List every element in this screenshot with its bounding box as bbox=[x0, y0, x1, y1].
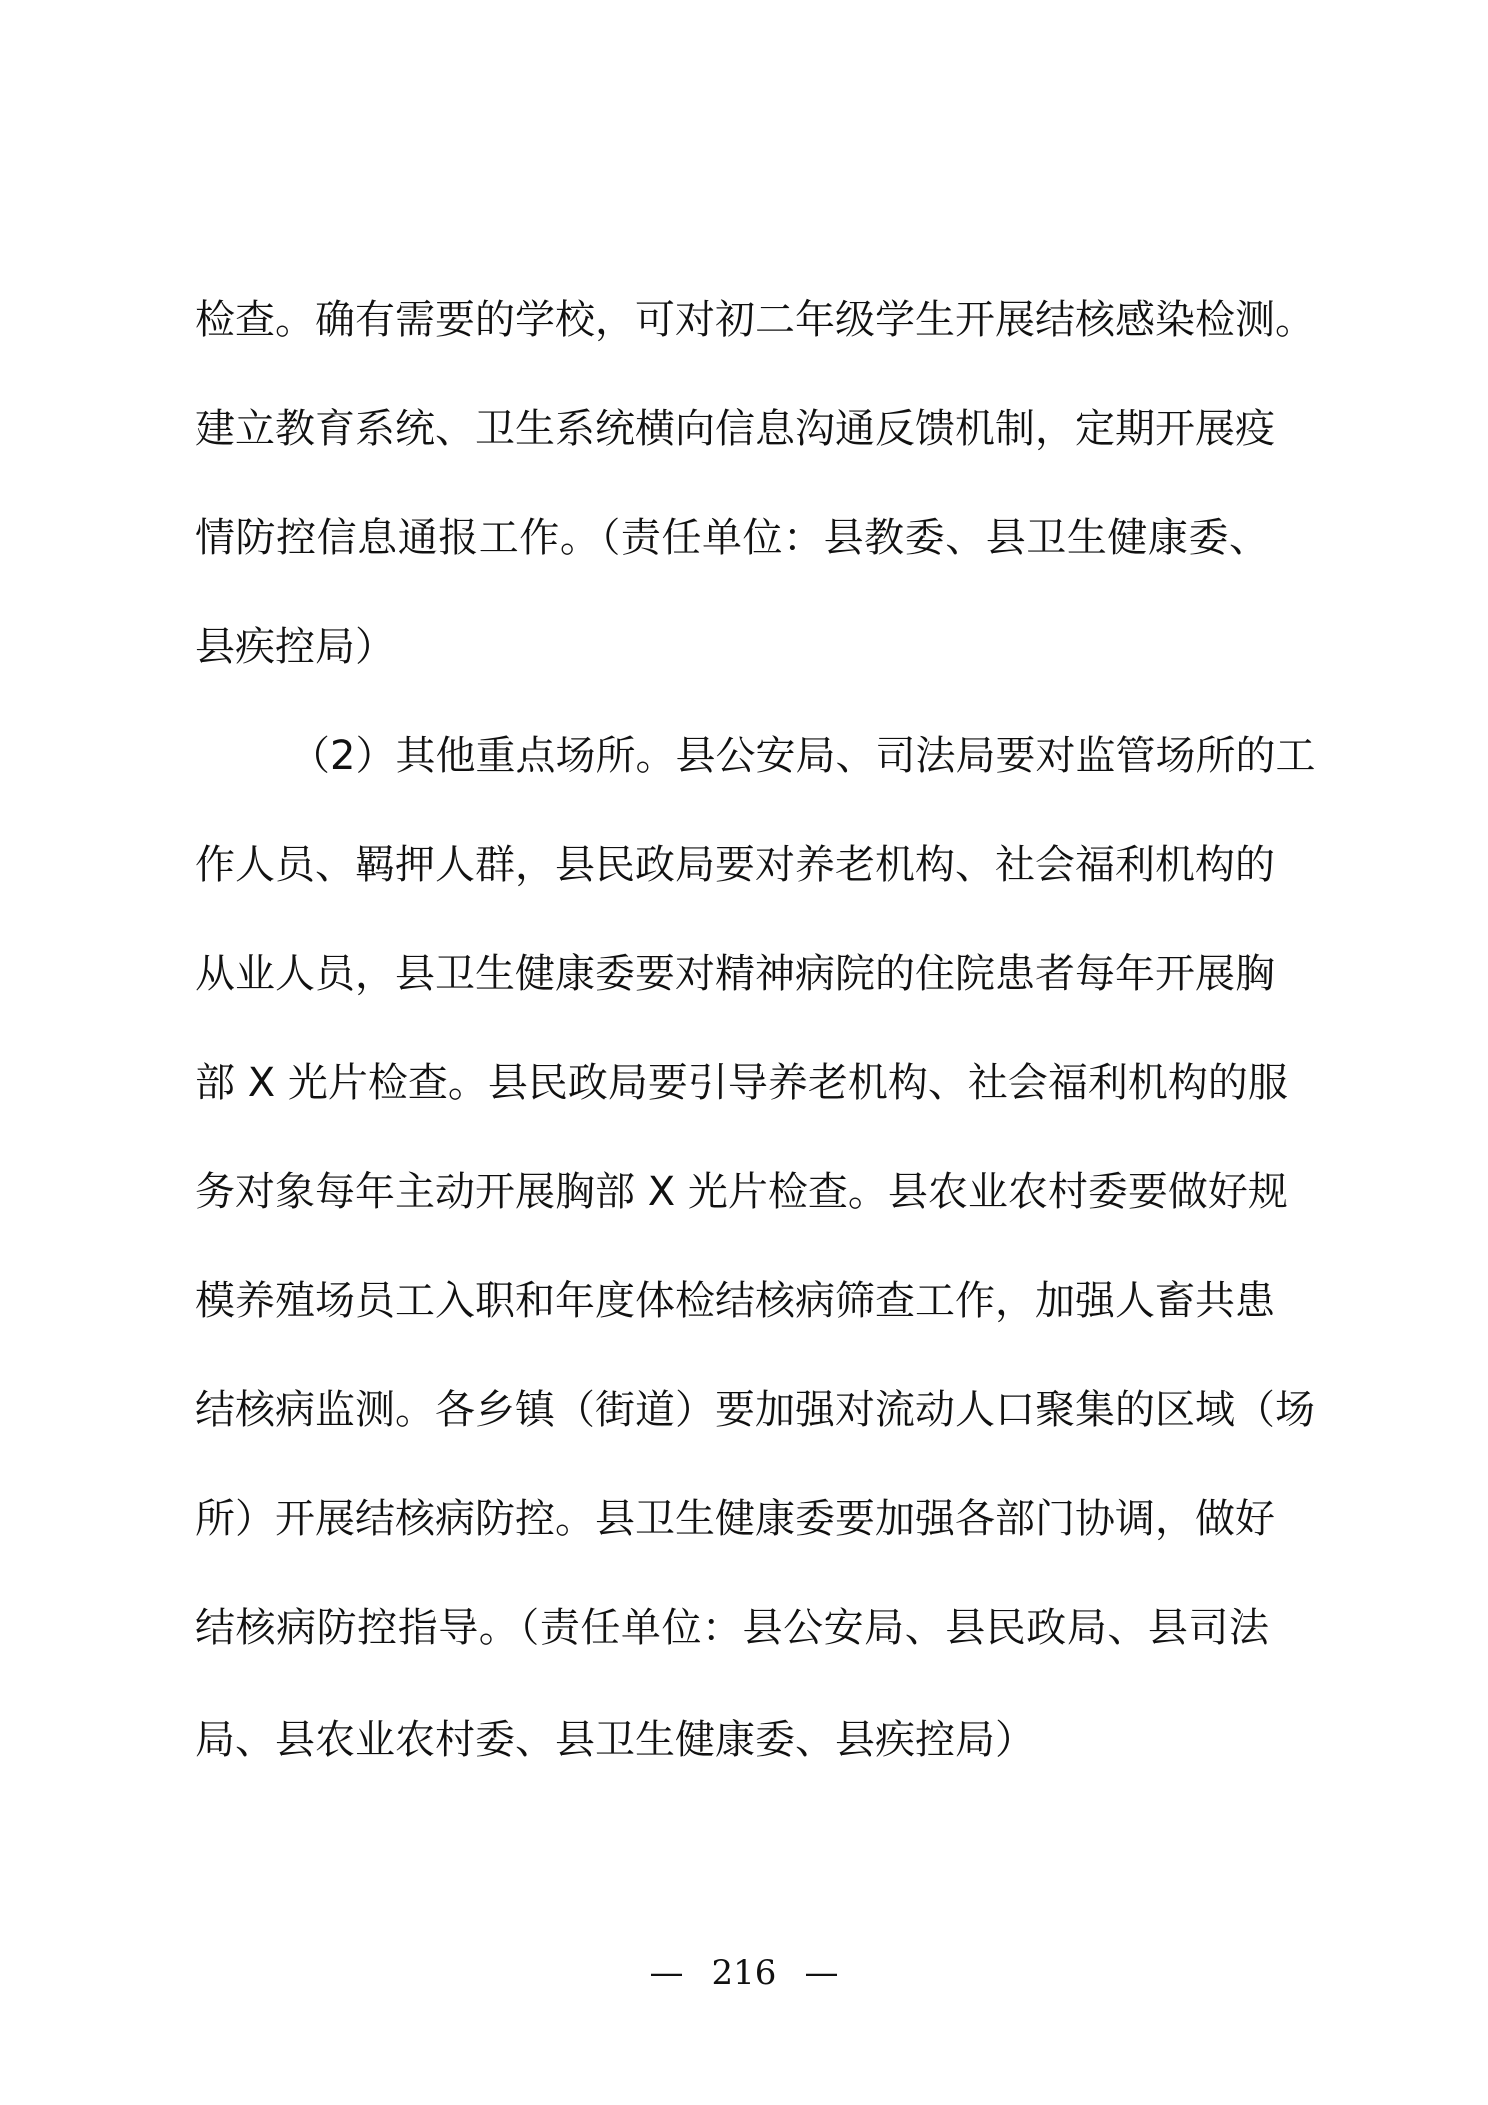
text-line: 所）开展结核病防控。县卫生健康委要加强各部门协调，做好 bbox=[195, 1489, 1269, 1549]
page-dash-right: — bbox=[804, 1948, 838, 1998]
text-line: 作人员、羁押人群，县民政局要对养老机构、社会福利机构的 bbox=[195, 835, 1269, 895]
document-page: 检查。确有需要的学校，可对初二年级学生开展结核感染检测。 建立教育系统、卫生系统… bbox=[0, 0, 1488, 2105]
page-number: —216— bbox=[0, 1948, 1488, 1998]
text-line: 结核病防控指导。（责任单位：县公安局、县民政局、县司法 bbox=[195, 1598, 1269, 1658]
page-dash-left: — bbox=[650, 1948, 684, 1998]
page-number-value: 216 bbox=[712, 1953, 777, 1993]
text-line: 务对象每年主动开展胸部 X 光片检查。县农业农村委要做好规 bbox=[195, 1162, 1269, 1222]
paragraph-heading-line: （2）其他重点场所。县公安局、司法局要对监管场所的工 bbox=[290, 726, 1269, 786]
text-line: 建立教育系统、卫生系统横向信息沟通反馈机制，定期开展疫 bbox=[195, 399, 1269, 459]
text-line: 部 X 光片检查。县民政局要引导养老机构、社会福利机构的服 bbox=[195, 1053, 1269, 1113]
text-line: 从业人员，县卫生健康委要对精神病院的住院患者每年开展胸 bbox=[195, 944, 1269, 1004]
text-line: 结核病监测。各乡镇（街道）要加强对流动人口聚集的区域（场 bbox=[195, 1380, 1269, 1440]
text-line: 县疾控局） bbox=[195, 617, 1269, 677]
text-line: 检查。确有需要的学校，可对初二年级学生开展结核感染检测。 bbox=[195, 290, 1269, 350]
text-line: 局、县农业农村委、县卫生健康委、县疾控局） bbox=[195, 1710, 1269, 1770]
text-line: 情防控信息通报工作。（责任单位：县教委、县卫生健康委、 bbox=[195, 508, 1269, 568]
text-line: 模养殖场员工入职和年度体检结核病筛查工作，加强人畜共患 bbox=[195, 1271, 1269, 1331]
